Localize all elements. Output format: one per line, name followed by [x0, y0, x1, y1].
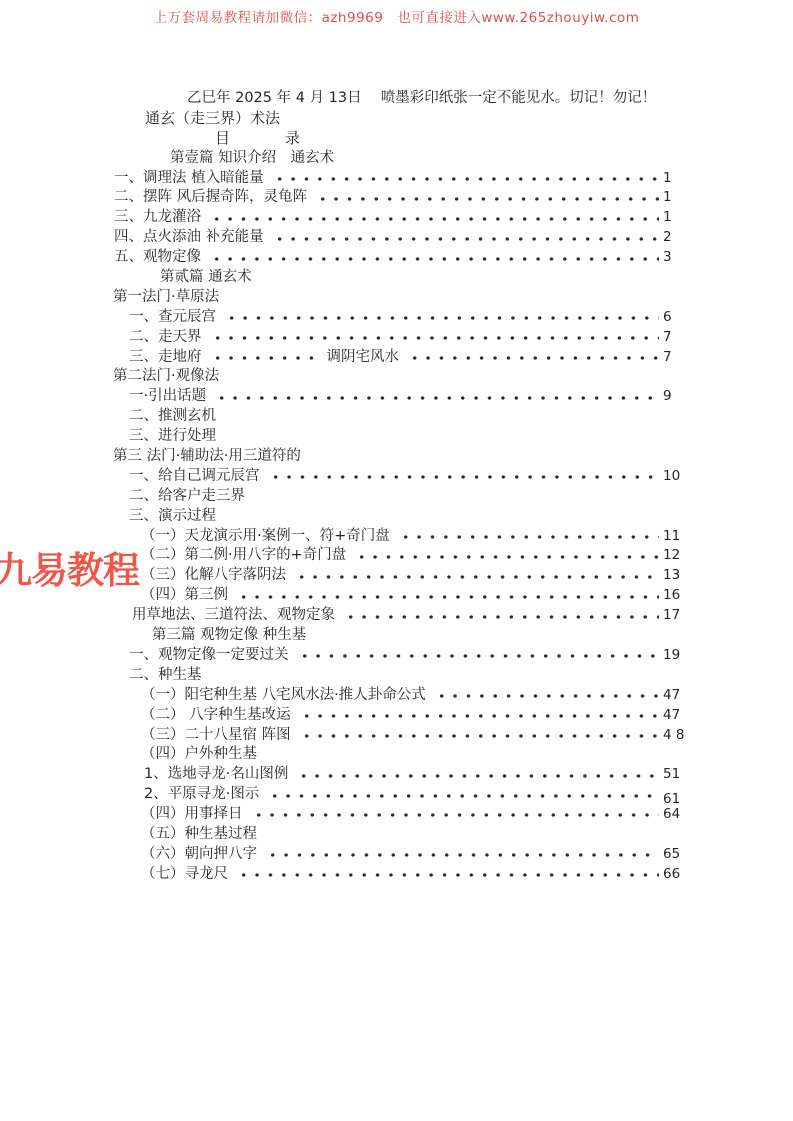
dot-leader [273, 228, 659, 248]
toc-entry-label: 三、演示过程 [129, 507, 216, 527]
dot-leader [266, 845, 659, 865]
toc-entry-label: 一、查元辰宫 [129, 308, 216, 328]
toc-entry: （三）二十八星宿 阵图4 8 [0, 726, 793, 746]
dot-leader [225, 308, 659, 328]
toc-entry: （七）寻龙尺66 [0, 865, 793, 885]
toc-entry: 三、演示过程 [0, 507, 793, 527]
toc-page-number: 12 [663, 546, 689, 566]
toc-entry: 二、给客户走三界 [0, 487, 793, 507]
toc-entry: 第三篇 观物定像 种生基 [0, 626, 793, 646]
dot-leader [268, 785, 659, 805]
toc-page-number: 47 [663, 686, 689, 706]
toc-entry: 三、进行处理 [0, 427, 793, 447]
toc-entry: 第三 法门·辅助法·用三道符的 [0, 447, 793, 467]
toc-page-number: 2 [663, 228, 689, 248]
dot-leader [344, 606, 659, 626]
toc-entry: （二） 八字种生基改运47 [0, 706, 793, 726]
toc-entry: （六）朝向押八字65 [0, 845, 793, 865]
toc-heading-right: 录 [285, 129, 300, 147]
toc-entry-label: 二、摆阵 风后握奇阵，灵龟阵 [114, 188, 307, 208]
toc-entry: 1、选地寻龙·名山图例51 [0, 765, 793, 785]
dot-leader [237, 865, 659, 885]
toc-entry: 第一法门·草原法 [0, 288, 793, 308]
toc-entry-label: 2、平原寻龙·图示 [144, 785, 259, 805]
toc-entry: （五）种生基过程 [0, 825, 793, 845]
toc-entry: 三、九龙灌浴1 [0, 208, 793, 228]
dot-leader [300, 726, 659, 746]
dot-leader [237, 586, 659, 606]
toc-entry-label: 一、调理法 植入暗能量 [114, 169, 264, 189]
toc-entry-label: 五、观物定像 [114, 248, 201, 268]
toc-entry: 一、查元辰宫6 [0, 308, 793, 328]
toc-page-number: 6 [663, 308, 689, 328]
toc-page-number: 65 [663, 845, 689, 865]
toc-entry-label: 第贰篇 通玄术 [160, 268, 252, 288]
toc-page-number: 1 [663, 208, 689, 228]
toc-page-number: 9 [663, 387, 689, 407]
toc-heading-left: 目 [215, 129, 230, 147]
dot-leader [252, 805, 660, 825]
toc-page-number: 19 [663, 646, 689, 666]
toc-entry: 一·引出话题9 [0, 387, 793, 407]
toc-entry: 第二法门·观像法 [0, 367, 793, 387]
toc-page-number: 7 [663, 348, 689, 368]
toc-entry: 2、平原寻龙·图示61 [0, 785, 793, 805]
toc-entry: 第贰篇 通玄术 [0, 268, 793, 288]
toc-entry-label: （三）二十八星宿 阵图 [141, 726, 291, 746]
toc-page-number: 1 [663, 188, 689, 208]
toc-entry-label: 第一法门·草原法 [113, 288, 219, 308]
toc-page-number: 61 [663, 790, 689, 810]
toc-entry-label: 第三篇 观物定像 种生基 [152, 626, 306, 646]
dot-leader [215, 387, 659, 407]
toc-page-number: 4 8 [663, 726, 689, 746]
dot-leader [269, 467, 660, 487]
toc-entry-label: （七）寻龙尺 [141, 865, 228, 885]
toc-list: 第壹篇 知识介绍 通玄术一、调理法 植入暗能量1二、摆阵 风后握奇阵，灵龟阵1三… [0, 149, 793, 885]
dot-leader [210, 248, 659, 268]
toc-entry-label: 一·引出话题 [129, 387, 206, 407]
toc-entry-label: 二、种生基 [129, 666, 202, 686]
toc-entry-label: （三）化解八字落阴法 [141, 566, 286, 586]
toc-entry: 二、走天界7 [0, 328, 793, 348]
toc-entry: 二、种生基 [0, 666, 793, 686]
toc-entry: 一、调理法 植入暗能量1 [0, 169, 793, 189]
watermark-text: 九易教程 [0, 540, 139, 594]
toc-entry-label: 四、点火添油 补充能量 [114, 228, 264, 248]
toc-entry-label: 第壹篇 知识介绍 通玄术 [170, 149, 334, 169]
toc-entry-label: 二、推测玄机 [129, 407, 216, 427]
dot-leader [399, 527, 659, 547]
dot-leader [273, 169, 659, 189]
toc-page-number: 16 [663, 586, 689, 606]
toc-entry-label: （二） 八字种生基改运 [141, 706, 291, 726]
dot-leader [316, 188, 659, 208]
document-title: 通玄（走三界）术法 [0, 109, 793, 129]
toc-entry-label: （四）用事择日 [141, 805, 243, 825]
toc-entry-label: （一）天龙演示用·案例一、符+奇门盘 [141, 527, 390, 547]
toc-entry-label: （四）第三例 [141, 586, 228, 606]
toc-entry-label: 三、走地府 [129, 348, 202, 368]
dot-leader [210, 208, 659, 228]
toc-page-number: 66 [663, 865, 689, 885]
toc-page-number: 1 [663, 169, 689, 189]
toc-page-number: 11 [663, 527, 689, 547]
dot-leader [211, 328, 660, 348]
toc-entry-label: 1、选地寻龙·名山图例 [144, 765, 288, 785]
dot-leader [355, 546, 659, 566]
toc-entry-label: 第二法门·观像法 [113, 367, 219, 387]
toc-entry: 一、观物定像一定要过关19 [0, 646, 793, 666]
toc-entry-label: 用草地法、三道符法、观物定象 [132, 606, 335, 626]
toc-page-number: 7 [663, 328, 689, 348]
toc-page-number: 13 [663, 566, 689, 586]
toc-entry-label: （四）户外种生基 [141, 745, 257, 765]
dot-leader [300, 706, 659, 726]
toc-page-number: 47 [663, 706, 689, 726]
toc-entry: 二、推测玄机 [0, 407, 793, 427]
toc-entry: 一、给自己调元辰宫10 [0, 467, 793, 487]
dot-leader [408, 348, 659, 368]
toc-entry-label: （一）阳宅种生基 八宅风水法·推人卦命公式 [141, 686, 426, 706]
toc-entry-label: （六）朝向押八字 [141, 845, 257, 865]
toc-page-number: 10 [663, 467, 689, 487]
toc-page-number: 51 [663, 765, 689, 785]
toc-entry-label: 一、观物定像一定要过关 [129, 646, 289, 666]
toc-page-number: 17 [663, 606, 689, 626]
dot-leader [435, 686, 659, 706]
toc-entry-label: 二、给客户走三界 [129, 487, 245, 507]
toc-entry-label: （二）第二例·用八字的+奇门盘 [141, 546, 346, 566]
toc-page-number: 3 [663, 248, 689, 268]
toc-entry: 四、点火添油 补充能量2 [0, 228, 793, 248]
toc-entry: 五、观物定像3 [0, 248, 793, 268]
dot-leader [295, 566, 659, 586]
toc-entry: 用草地法、三道符法、观物定象17 [0, 606, 793, 626]
toc-entry-label: 一、给自己调元辰宫 [129, 467, 260, 487]
toc-entry: （四）户外种生基 [0, 745, 793, 765]
dot-leader [298, 646, 660, 666]
promo-header-text: 上万套周易教程请加微信：azh9969 也可直接进入www.265zhouyiw… [0, 6, 793, 26]
dot-leader [297, 765, 659, 785]
toc-entry: 第壹篇 知识介绍 通玄术 [0, 149, 793, 169]
toc-entry-mid-label: 调阴宅风水 [327, 348, 400, 368]
toc-entry: （一）阳宅种生基 八宅风水法·推人卦命公式47 [0, 686, 793, 706]
table-of-contents: 乙巳年 2025 年 4 月 13日 喷墨彩印纸张一定不能见水。切记！勿记！ 通… [0, 89, 793, 885]
toc-entry: 二、摆阵 风后握奇阵，灵龟阵1 [0, 188, 793, 208]
date-note-line: 乙巳年 2025 年 4 月 13日 喷墨彩印纸张一定不能见水。切记！勿记！ [0, 89, 793, 109]
dot-leader [211, 348, 323, 368]
toc-heading: 目录 [0, 129, 793, 149]
toc-entry: 三、走地府调阴宅风水7 [0, 348, 793, 368]
scanned-document-page: 上万套周易教程请加微信：azh9969 也可直接进入www.265zhouyiw… [0, 0, 793, 1121]
toc-entry-label: 第三 法门·辅助法·用三道符的 [113, 447, 301, 467]
toc-entry-label: 三、九龙灌浴 [114, 208, 201, 228]
toc-entry-label: 三、进行处理 [129, 427, 216, 447]
toc-entry-label: 二、走天界 [129, 328, 202, 348]
toc-entry-label: （五）种生基过程 [141, 825, 257, 845]
